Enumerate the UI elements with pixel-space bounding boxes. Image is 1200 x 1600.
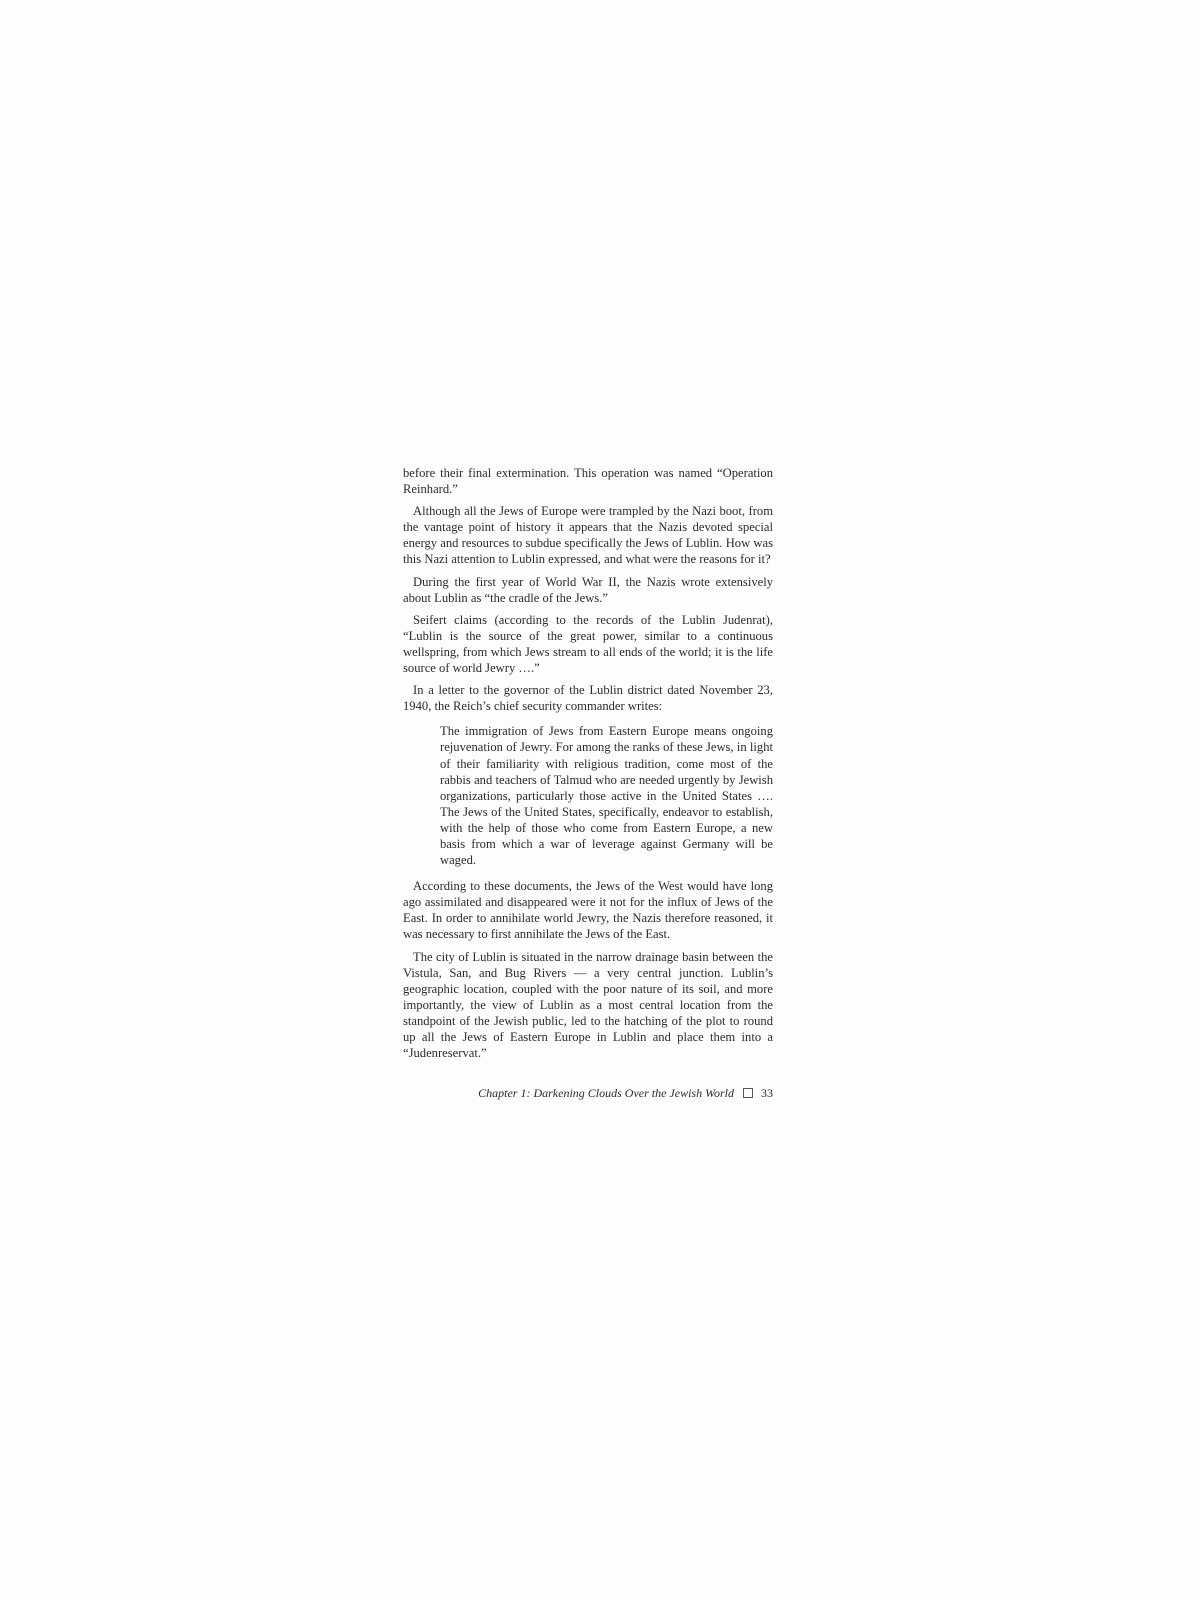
paragraph: According to these documents, the Jews o… [403, 878, 773, 942]
block-quote: The immigration of Jews from Eastern Eur… [440, 723, 773, 868]
paragraph: During the first year of World War II, t… [403, 574, 773, 606]
page-number: 33 [761, 1086, 773, 1100]
chapter-title: Chapter 1: Darkening Clouds Over the Jew… [478, 1086, 734, 1100]
paragraph: before their final extermination. This o… [403, 465, 773, 497]
paragraph: Seifert claims (according to the records… [403, 612, 773, 676]
paragraph: In a letter to the governor of the Lubli… [403, 682, 773, 714]
paragraph: The city of Lublin is situated in the na… [403, 949, 773, 1062]
page-body: before their final extermination. This o… [403, 465, 773, 1067]
paragraph: Although all the Jews of Europe were tra… [403, 503, 773, 567]
running-footer: Chapter 1: Darkening Clouds Over the Jew… [403, 1086, 773, 1101]
hollow-square-icon [743, 1088, 753, 1098]
